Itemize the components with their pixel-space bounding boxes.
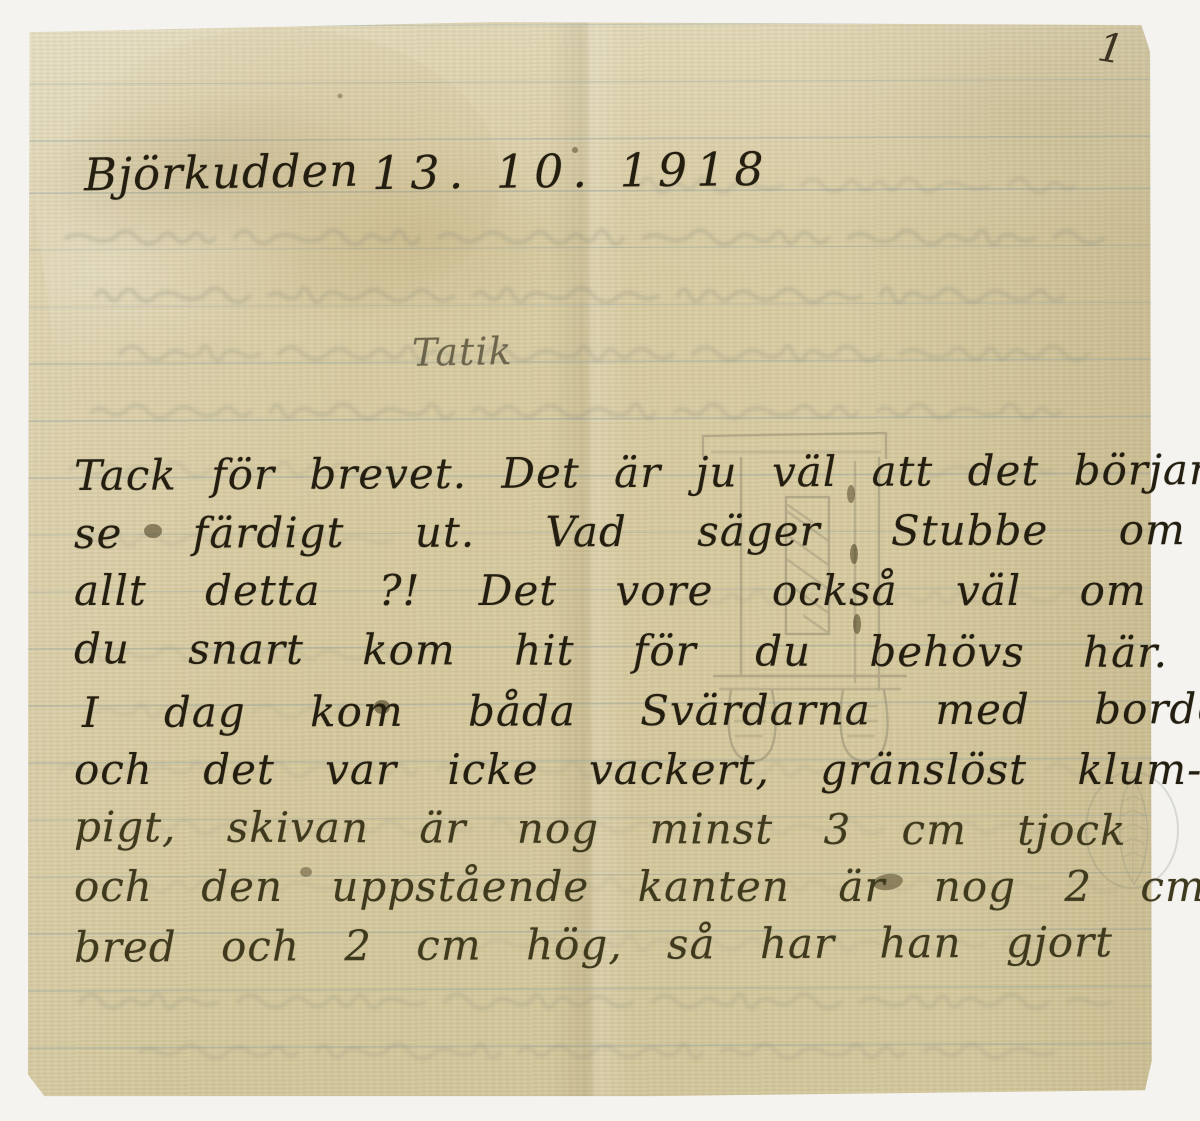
body-line: och det var icke vackert, gränslöst klum… <box>74 747 1200 793</box>
heading-date: 13. 10. 1918 <box>372 144 773 199</box>
body-line: bred och 2 cm hög, så har han gjort <box>74 919 1113 971</box>
heading-place: Björkudden <box>84 146 360 200</box>
salutation: Tatik <box>412 331 513 375</box>
body-line: I dag kom båda Svärdarna med bordet <box>82 686 1200 736</box>
body-line: du snart kom hit för du behövs här. <box>74 626 1168 676</box>
body-line: och den uppstående kanten är nog 2 cm <box>74 864 1200 910</box>
body-line: allt detta ?! Det vore också väl om <box>74 568 1147 614</box>
body-line: Tack för brevet. Det är ju väl att det b… <box>74 447 1200 499</box>
letter-scan: 1 Björkudden 13. 10. 1918 Tatik Tack för… <box>0 0 1200 1121</box>
body-line: pigt, skivan är nog minst 3 cm tjock <box>74 804 1127 854</box>
body-line: se färdigt ut. Vad säger Stubbe om <box>74 507 1186 557</box>
